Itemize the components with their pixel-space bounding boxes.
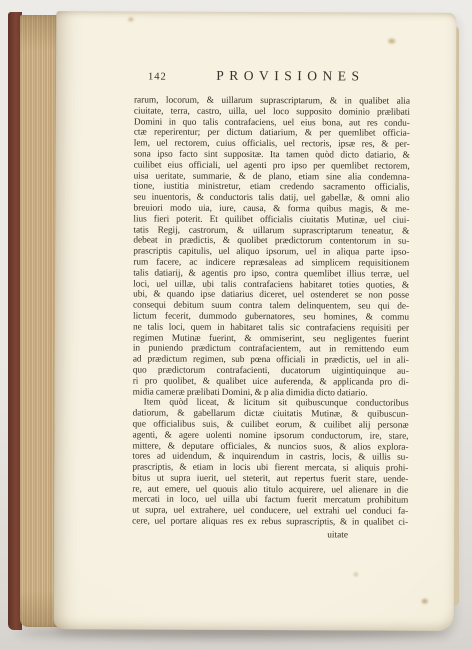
text-line: breuiori modo uia, iure, causa, & forma … [133, 203, 409, 215]
text-line: que officialibus suis, & cuilibet eorum,… [133, 419, 409, 431]
catchword: uitate [132, 529, 408, 541]
text-line: rum facere, ac indicere repræsaleas ad s… [133, 257, 409, 269]
text-line: talis datiarij, & agentis pro ipso, cont… [133, 268, 409, 280]
text-line: cere, uel portare aliquas res ex rebus s… [132, 517, 408, 529]
foxing-stain [128, 17, 133, 21]
foxing-stain [422, 599, 428, 604]
text-line: lius fieri poterit. Et quilibet official… [133, 214, 409, 226]
text-line: ri pro quolibet, & qualibet uice auferen… [133, 376, 409, 388]
book-page: 142 PROVISIONES rarum, locorum, & uillar… [54, 11, 457, 631]
text-line: agenti, & agere uolenti nomine ipsorum c… [132, 430, 408, 442]
photo-background: 142 PROVISIONES rarum, locorum, & uillar… [0, 0, 472, 649]
text-line: cuilibet eius officiali, uel agenti pro … [134, 160, 410, 172]
foxing-stain [354, 572, 358, 576]
text-line: lictum fecerit, dummodo gubernatores, se… [133, 311, 409, 323]
body-text: rarum, locorum, & uillarum suprascriptar… [132, 95, 410, 528]
running-title: PROVISIONES [167, 68, 410, 85]
text-line: ciuitate, terra, castro, uilla, uel loco… [134, 106, 410, 118]
page-header: 142 PROVISIONES [134, 67, 410, 84]
text-line: quo prædictorum contrafacienti, ducatoru… [133, 365, 409, 377]
folio-number: 142 [148, 72, 167, 83]
foxing-stain [388, 39, 395, 44]
text-line: ne talis loci, quem in habitaret talis s… [133, 322, 409, 334]
text-line: bitus ut supra iuerit, uel steterit, aut… [132, 473, 408, 485]
